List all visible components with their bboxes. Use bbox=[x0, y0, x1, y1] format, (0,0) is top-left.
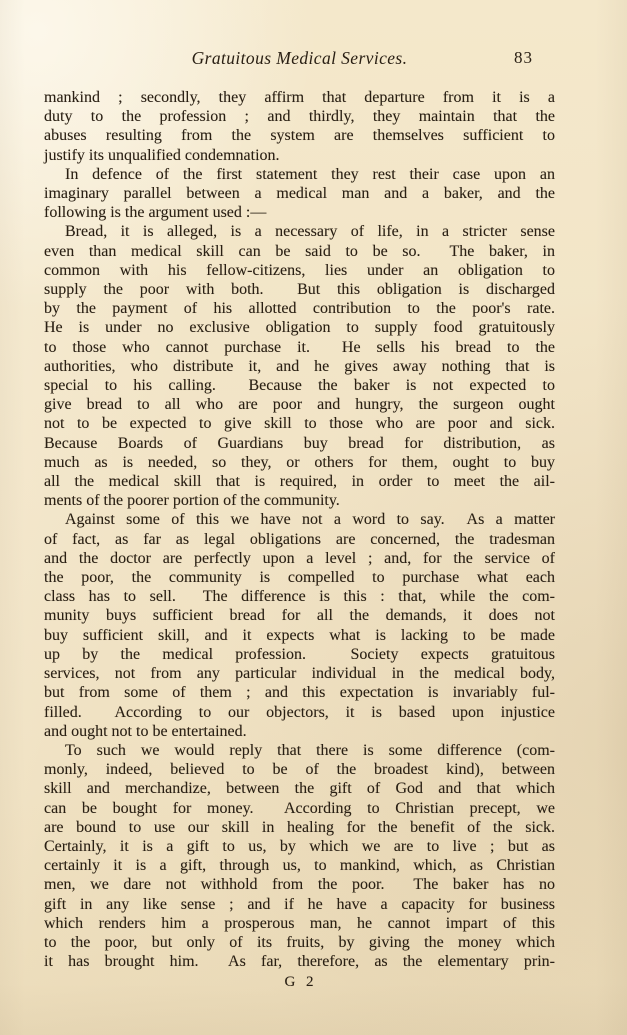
text-line: He is under no exclusive obligation to s… bbox=[44, 318, 555, 337]
text-line: even than medical skill can be said to b… bbox=[44, 242, 555, 261]
text-line: are bound to use our skill in healing fo… bbox=[44, 818, 555, 837]
text-line: Certainly, it is a gift to us, by which … bbox=[44, 837, 555, 856]
text-line: can be bought for money. According to Ch… bbox=[44, 799, 555, 818]
running-title: Gratuitous Medical Services. bbox=[192, 48, 408, 68]
page-number: 83 bbox=[514, 48, 533, 68]
text-line: mankind ; secondly, they affirm that dep… bbox=[44, 88, 555, 107]
text-line: of fact, as far as legal obligations are… bbox=[44, 530, 555, 549]
text-line: supply the poor with both. But this obli… bbox=[44, 280, 555, 299]
text-line: filled. According to our objectors, it i… bbox=[44, 703, 555, 722]
text-line: men, we dare not withhold from the poor.… bbox=[44, 875, 555, 894]
text-line: to the poor, but only of its fruits, by … bbox=[44, 933, 555, 952]
text-line: up by the medical profession. Society ex… bbox=[44, 645, 555, 664]
text-line: all the medical skill that is required, … bbox=[44, 472, 555, 491]
text-line: abuses resulting from the system are the… bbox=[44, 126, 555, 145]
text-line: the poor, the community is compelled to … bbox=[44, 568, 555, 587]
text-line: much as is needed, so they, or others fo… bbox=[44, 453, 555, 472]
text-line: but from some of them ; and this expecta… bbox=[44, 683, 555, 702]
text-line: certainly it is a gift, through us, to m… bbox=[44, 856, 555, 875]
text-line: authorities, who distribute it, and he g… bbox=[44, 357, 555, 376]
text-line: class has to sell. The difference is thi… bbox=[44, 587, 555, 606]
text-line: following is the argument used :— bbox=[44, 203, 555, 222]
text-line: In defence of the first statement they r… bbox=[44, 165, 555, 184]
text-line: justify its unqualified condemnation. bbox=[44, 146, 555, 165]
text-line: special to his calling. Because the bake… bbox=[44, 376, 555, 395]
text-line: Bread, it is alleged, is a necessary of … bbox=[44, 222, 555, 241]
text-line: and the doctor are perfectly upon a leve… bbox=[44, 549, 555, 568]
text-line: common with his fellow-citizens, lies un… bbox=[44, 261, 555, 280]
book-page: Gratuitous Medical Services. 83 mankind … bbox=[0, 0, 627, 1035]
text-line: monly, indeed, believed to be of the bro… bbox=[44, 760, 555, 779]
text-line: buy sufficient skill, and it expects wha… bbox=[44, 626, 555, 645]
text-line: not to be expected to give skill to thos… bbox=[44, 414, 555, 433]
text-line: imaginary parallel between a medical man… bbox=[44, 184, 555, 203]
text-line: and ought not to be entertained. bbox=[44, 722, 555, 741]
text-line: gift in any like sense ; and if he have … bbox=[44, 895, 555, 914]
text-line: Against some of this we have not a word … bbox=[44, 510, 555, 529]
text-line: give bread to all who are poor and hungr… bbox=[44, 395, 555, 414]
text-line: services, not from any particular indivi… bbox=[44, 664, 555, 683]
page-content: Gratuitous Medical Services. 83 mankind … bbox=[44, 48, 555, 991]
text-line: to those who cannot purchase it. He sell… bbox=[44, 338, 555, 357]
text-line: To such we would reply that there is som… bbox=[44, 741, 555, 760]
page-body: mankind ; secondly, they affirm that dep… bbox=[44, 88, 555, 971]
running-head: Gratuitous Medical Services. 83 bbox=[44, 48, 555, 70]
footer-signature: G 2 bbox=[44, 974, 555, 991]
text-line: it has brought him. As far, therefore, a… bbox=[44, 952, 555, 971]
text-line: ments of the poorer portion of the commu… bbox=[44, 491, 555, 510]
text-line: duty to the profession ; and thirdly, th… bbox=[44, 107, 555, 126]
text-line: by the payment of his allotted contribut… bbox=[44, 299, 555, 318]
text-line: skill and merchandize, between the gift … bbox=[44, 779, 555, 798]
text-line: which renders him a prosperous man, he c… bbox=[44, 914, 555, 933]
text-line: Because Boards of Guardians buy bread fo… bbox=[44, 434, 555, 453]
text-line: munity buys sufficient bread for all the… bbox=[44, 606, 555, 625]
